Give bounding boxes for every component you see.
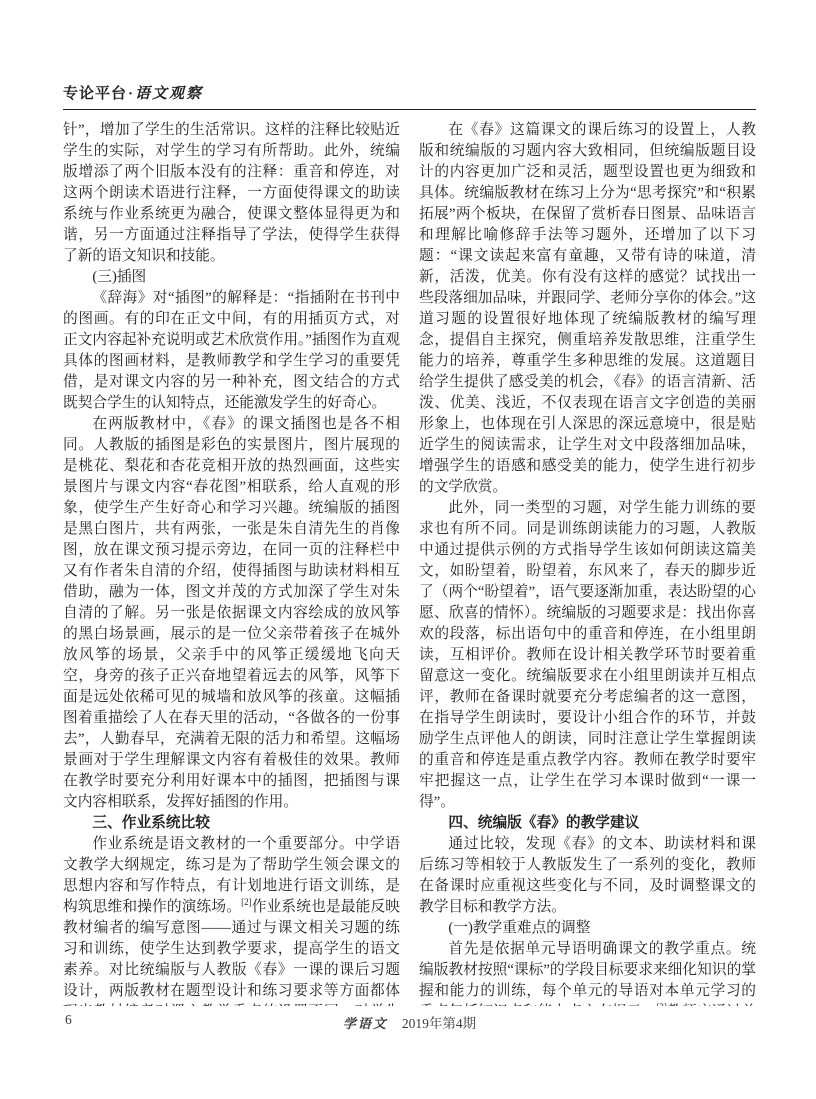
paragraph: 在两版教材中，《春》的课文插图也是各不相同。人教版的插图是彩色的实景图片，图片展… bbox=[63, 414, 400, 813]
page-footer: 6 学语文2019年第4期 bbox=[63, 1012, 756, 1032]
right-column: 在《春》这篇课文的课后练习的设置上，人教版和统编版的习题内容大致相同，但统编版题… bbox=[419, 120, 756, 1006]
journal-page: 专论平台·语文观察 针”，增加了学生的生活常识。这样的注释比较贴近学生的实际，对… bbox=[0, 0, 816, 1099]
footnote-ref: [2] bbox=[241, 897, 252, 907]
section-heading: 三、作业系统比较 bbox=[63, 813, 400, 834]
paragraph: 《辞海》对“插图”的解释是：“指插附在书刊中的图画。有的印在正文中间，有的用插页… bbox=[63, 288, 400, 414]
paragraph: 作业系统是语文教材的一个重要部分。中学语文教学大纲规定，练习是为了帮助学生领会课… bbox=[63, 834, 400, 1006]
section-heading: (三)插图 bbox=[63, 267, 400, 288]
paragraph: 通过比较，发现《春》的文本、助读材料和课后练习等相较于人教版发生了一系列的变化，… bbox=[419, 834, 756, 918]
header-separator: · bbox=[127, 86, 135, 102]
paragraph: 此外，同一类型的习题，对学生能力训练的要求也有所不同。同是训练朗读能力的习题，人… bbox=[419, 498, 756, 813]
footnote-ref: [3] bbox=[656, 1002, 667, 1006]
page-header: 专论平台·语文观察 bbox=[63, 82, 756, 103]
left-column: 针”，增加了学生的生活常识。这样的注释比较贴近学生的实际，对学生的学习有所帮助。… bbox=[63, 120, 400, 1006]
section-heading: 四、统编版《春》的教学建议 bbox=[419, 813, 756, 834]
paragraph: 首先是依据单元导语明确课文的教学重点。统编版教材按照“课标”的学段目标要求来细化… bbox=[419, 939, 756, 1006]
journal-info: 学语文2019年第4期 bbox=[63, 1012, 756, 1032]
journal-name: 学语文 bbox=[343, 1017, 388, 1032]
header-column-label: 语文观察 bbox=[135, 84, 203, 102]
issue-label: 2019年第4期 bbox=[402, 1016, 476, 1031]
section-heading: (一)教学重难点的调整 bbox=[419, 918, 756, 939]
paragraph: 针”，增加了学生的生活常识。这样的注释比较贴近学生的实际，对学生的学习有所帮助。… bbox=[63, 120, 400, 267]
paragraph: 在《春》这篇课文的课后练习的设置上，人教版和统编版的习题内容大致相同，但统编版题… bbox=[419, 120, 756, 498]
header-rule bbox=[63, 109, 756, 110]
article-body: 针”，增加了学生的生活常识。这样的注释比较贴近学生的实际，对学生的学习有所帮助。… bbox=[63, 120, 756, 1006]
header-section-label: 专论平台 bbox=[63, 85, 127, 102]
